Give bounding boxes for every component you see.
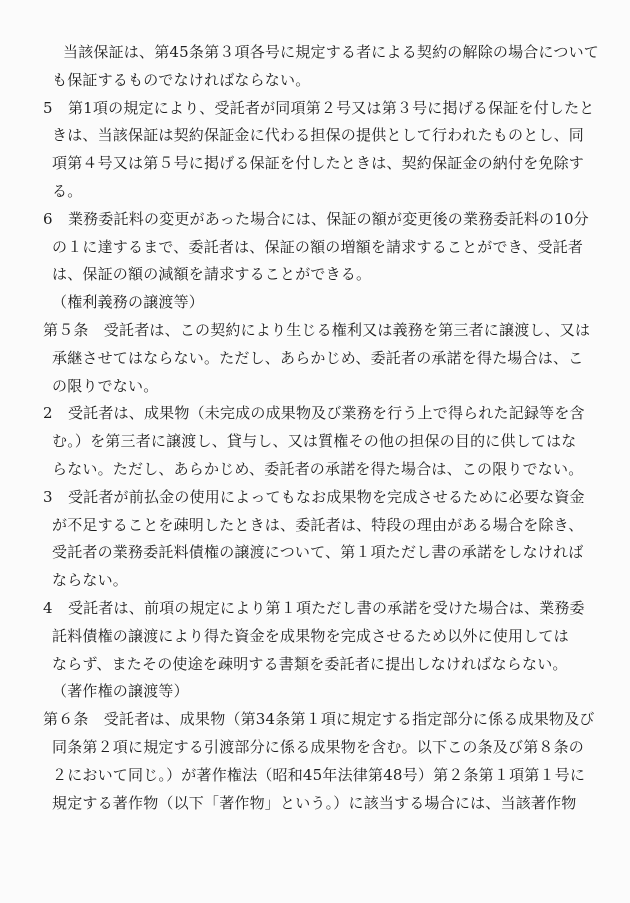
contract-text-line: る。 bbox=[43, 178, 594, 206]
contract-text-line: ならない。 bbox=[43, 567, 594, 595]
contract-text-line: 3 受託者が前払金の使用によってもなお成果物を完成させるために必要な資金 bbox=[43, 484, 594, 512]
contract-text-line: 6 業務委託料の変更があった場合には、保証の額が変更後の業務委託料の10分 bbox=[43, 206, 594, 234]
contract-text-line: 項第４号又は第５号に掲げる保証を付したときは、契約保証金の納付を免除す bbox=[43, 150, 594, 178]
contract-text-line: 4 受託者は、前項の規定により第１項ただし書の承諾を受けた場合は、業務委 bbox=[43, 595, 594, 623]
contract-text-line: ならず、またその使途を疎明する書類を委託者に提出しなければならない。 bbox=[43, 651, 594, 679]
contract-text-line: 規定する著作物（以下「著作物」という。）に該当する場合には、当該著作物 bbox=[43, 790, 594, 818]
contract-text-line: が不足することを疎明したときは、委託者は、特段の理由がある場合を除き、 bbox=[43, 512, 594, 540]
contract-text-line: 第６条 受託者は、成果物（第34条第１項に規定する指定部分に係る成果物及び bbox=[43, 706, 594, 734]
section-heading: （権利義務の譲渡等） bbox=[43, 289, 594, 317]
section-heading: （著作権の譲渡等） bbox=[43, 678, 594, 706]
document-page: 当該保証は、第45条第３項各号に規定する者による契約の解除の場合についても保証す… bbox=[0, 0, 630, 903]
contract-text-line: は、保証の額の減額を請求することができる。 bbox=[43, 261, 594, 289]
contract-text-line: 第５条 受託者は、この契約により生じる権利又は義務を第三者に譲渡し、又は bbox=[43, 317, 594, 345]
contract-text-line: 受託者の業務委託料債権の譲渡について、第１項ただし書の承諾をしなければ bbox=[43, 539, 594, 567]
contract-text-line: の１に達するまで、委託者は、保証の額の増額を請求することができ、受託者 bbox=[43, 234, 594, 262]
contract-text-line: ２において同じ。）が著作権法（昭和45年法律第48号）第２条第１項第１号に bbox=[43, 762, 594, 790]
contract-text-line: む。）を第三者に譲渡し、貸与し、又は質権その他の担保の目的に供してはな bbox=[43, 428, 594, 456]
contract-text-line: 同条第２項に規定する引渡部分に係る成果物を含む。以下この条及び第８条の bbox=[43, 734, 594, 762]
contract-text-line: 5 第1項の規定により、受託者が同項第２号又は第３号に掲げる保証を付したと bbox=[43, 95, 594, 123]
contract-text-line: の限りでない。 bbox=[43, 373, 594, 401]
contract-text-block: 当該保証は、第45条第３項各号に規定する者による契約の解除の場合についても保証す… bbox=[43, 39, 594, 817]
contract-text-line: も保証するものでなければならない。 bbox=[43, 67, 594, 95]
contract-text-line: 承継させてはならない。ただし、あらかじめ、委託者の承諾を得た場合は、こ bbox=[43, 345, 594, 373]
contract-text-line: 当該保証は、第45条第３項各号に規定する者による契約の解除の場合について bbox=[43, 39, 594, 67]
contract-text-line: きは、当該保証は契約保証金に代わる担保の提供として行われたものとし、同 bbox=[43, 122, 594, 150]
contract-text-line: 託料債権の譲渡により得た資金を成果物を完成させるため以外に使用しては bbox=[43, 623, 594, 651]
contract-text-line: らない。ただし、あらかじめ、委託者の承諾を得た場合は、この限りでない。 bbox=[43, 456, 594, 484]
contract-text-line: 2 受託者は、成果物（未完成の成果物及び業務を行う上で得られた記録等を含 bbox=[43, 400, 594, 428]
